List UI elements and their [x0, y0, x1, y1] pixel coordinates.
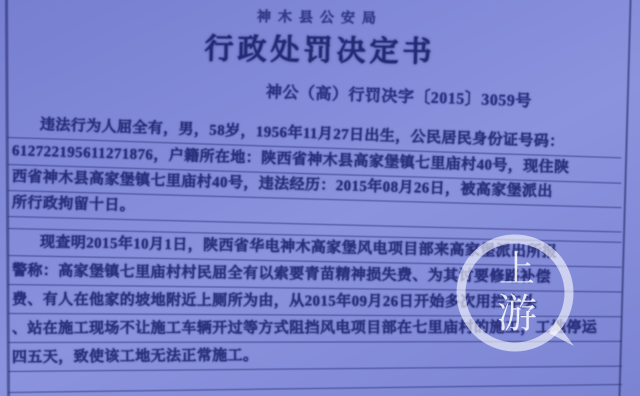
document-number: 神公（高）行罚决字〔2015〕3059号 [266, 79, 533, 111]
body-line: 费、有人在他家的坡地附近上厕所为由，从2015年09月26日开始多次用拦车头 [8, 287, 622, 317]
body-line: 、站在施工现场不让施工车辆开过等方式阻挡风电项目部在七里庙村的施工，工地停运 [8, 315, 622, 343]
document-photo: 神木县公安局 行政处罚决定书 神公（高）行罚决字〔2015〕3059号 违法行为… [0, 0, 640, 396]
document-title: 行政处罚决定书 [0, 24, 640, 74]
penalty-decision-document: 神木县公安局 行政处罚决定书 神公（高）行罚决字〔2015〕3059号 违法行为… [0, 0, 640, 396]
